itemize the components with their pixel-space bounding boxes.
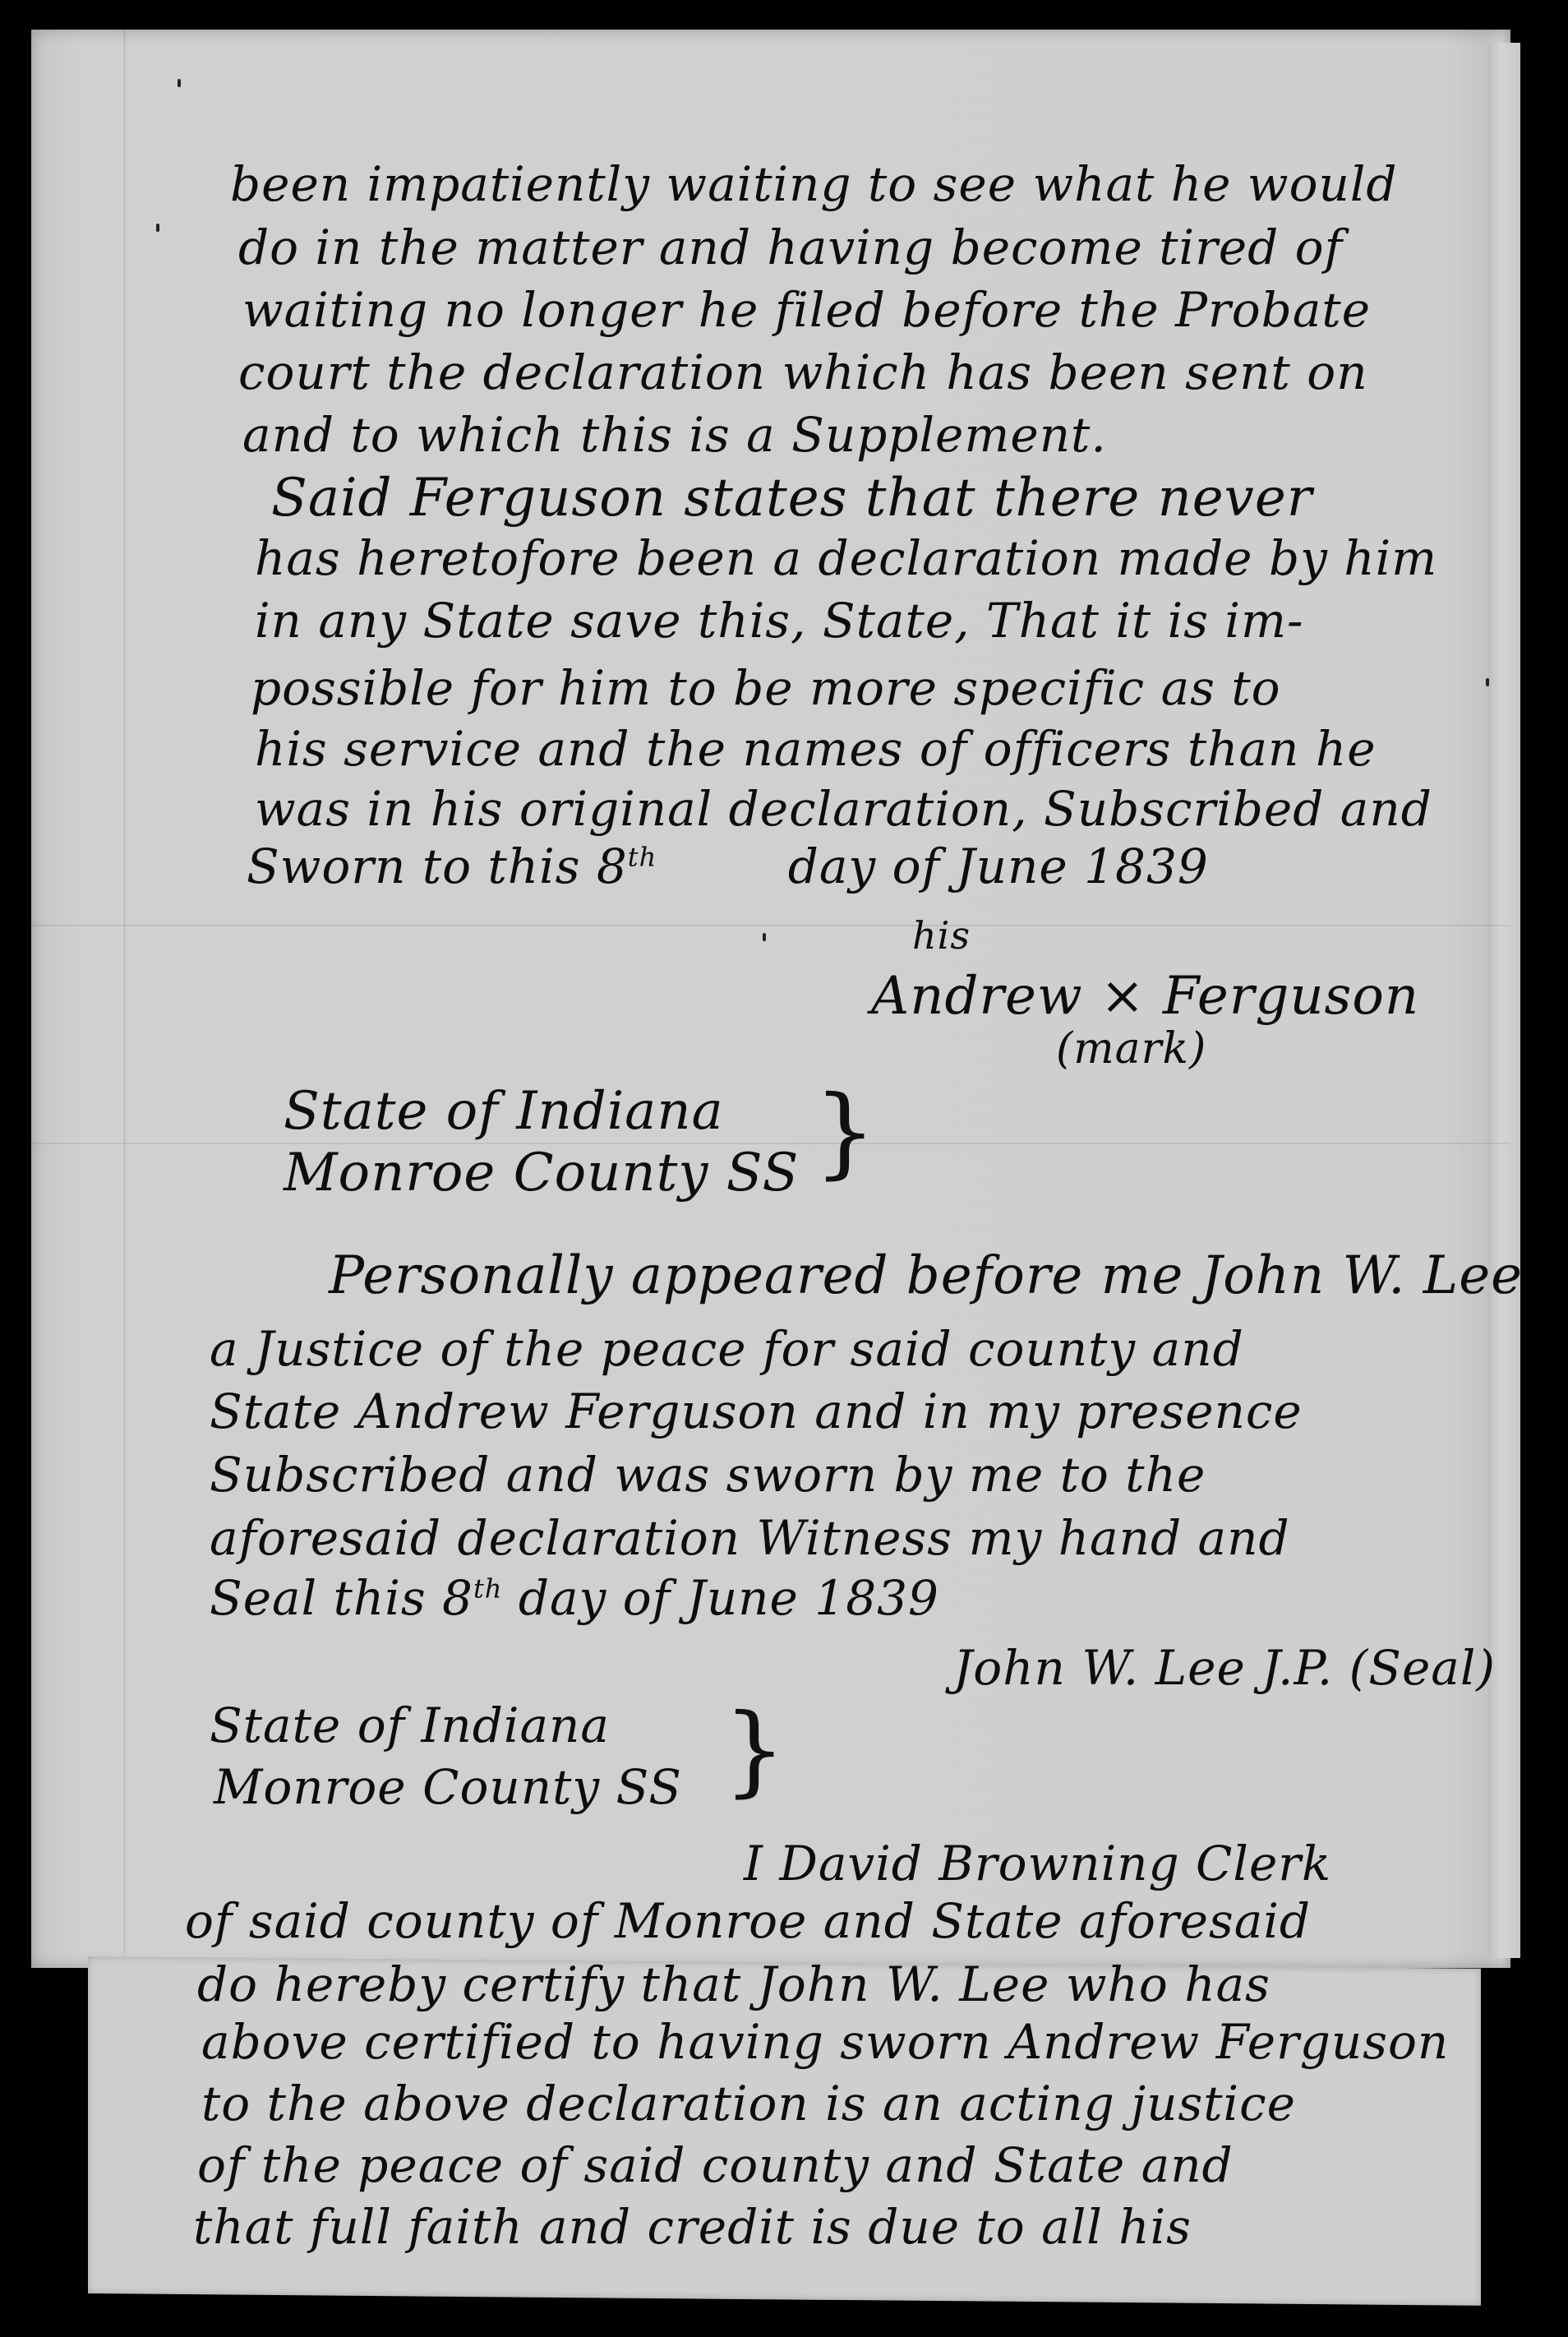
text-line: aforesaid declaration Witness my hand an… [210,1514,1290,1562]
text-line: I David Browning Clerk [744,1840,1331,1887]
ordinal-suffix: th [628,842,657,873]
text-line: possible for him to be more specific as … [251,664,1281,712]
venue-county: Monroe County SS [284,1147,799,1199]
text-line: his service and the names of officers th… [255,725,1377,773]
text-line: above certified to having sworn Andrew F… [201,2018,1449,2066]
text-line: been impatiently waiting to see what he … [230,160,1398,208]
seal-line: Seal this 8th day of June 1839 [210,1574,939,1622]
his-label: his [912,917,971,954]
mark-label: (mark) [1056,1028,1206,1070]
venue-brace: } [814,1083,876,1182]
text-line: was in his original declaration, Subscri… [255,785,1432,833]
signature-andrew-ferguson: Andrew ⨯ Ferguson [871,970,1419,1023]
ink-speck [1486,678,1489,686]
text-line: of said county of Monroe and State afore… [185,1897,1311,1945]
ink-speck [156,224,159,232]
ink-speck [763,933,766,941]
fold-crease [31,925,1510,926]
text-line: State Andrew Ferguson and in my presence [210,1388,1303,1435]
text-line: that full faith and credit is due to all… [193,2203,1192,2251]
text-line: of the peace of said county and State an… [197,2141,1234,2189]
ordinal-suffix: th [473,1573,502,1605]
text-line: waiting no longer he filed before the Pr… [242,286,1371,334]
text-line: to the above declaration is an acting ju… [201,2080,1296,2127]
text-line: do in the matter and having become tired… [238,224,1343,271]
text-line: Said Ferguson states that there never [271,472,1312,524]
seal-date: day of June 1839 [519,1570,939,1626]
text-line: Personally appeared before me John W. Le… [329,1249,1523,1302]
sworn-text: Sworn to this 8 [247,838,628,894]
venue-state: State of Indiana [210,1702,610,1749]
text-line: and to which this is a Supplement. [242,411,1107,459]
text-line: court the declaration which has been sen… [238,349,1368,396]
venue-county: Monroe County SS [214,1763,682,1811]
ink-speck [178,79,181,87]
venue-state: State of Indiana [284,1085,724,1138]
margin-crease [123,30,126,1953]
text-line: Subscribed and was sworn by me to the [210,1451,1206,1499]
seal-text: Seal this 8 [210,1570,473,1626]
signature-john-w-lee: John W. Lee J.P. (Seal) [953,1644,1496,1692]
text-line: has heretofore been a declaration made b… [255,534,1437,582]
text-line: do hereby certify that John W. Lee who h… [197,1961,1271,2008]
text-line: a Justice of the peace for said county a… [210,1325,1244,1373]
sworn-line: Sworn to this 8th day of June 1839 [247,843,1209,890]
venue-brace: } [723,1702,786,1800]
sworn-date: day of June 1839 [788,838,1209,894]
text-line: in any State save this, State, That it i… [255,597,1304,644]
